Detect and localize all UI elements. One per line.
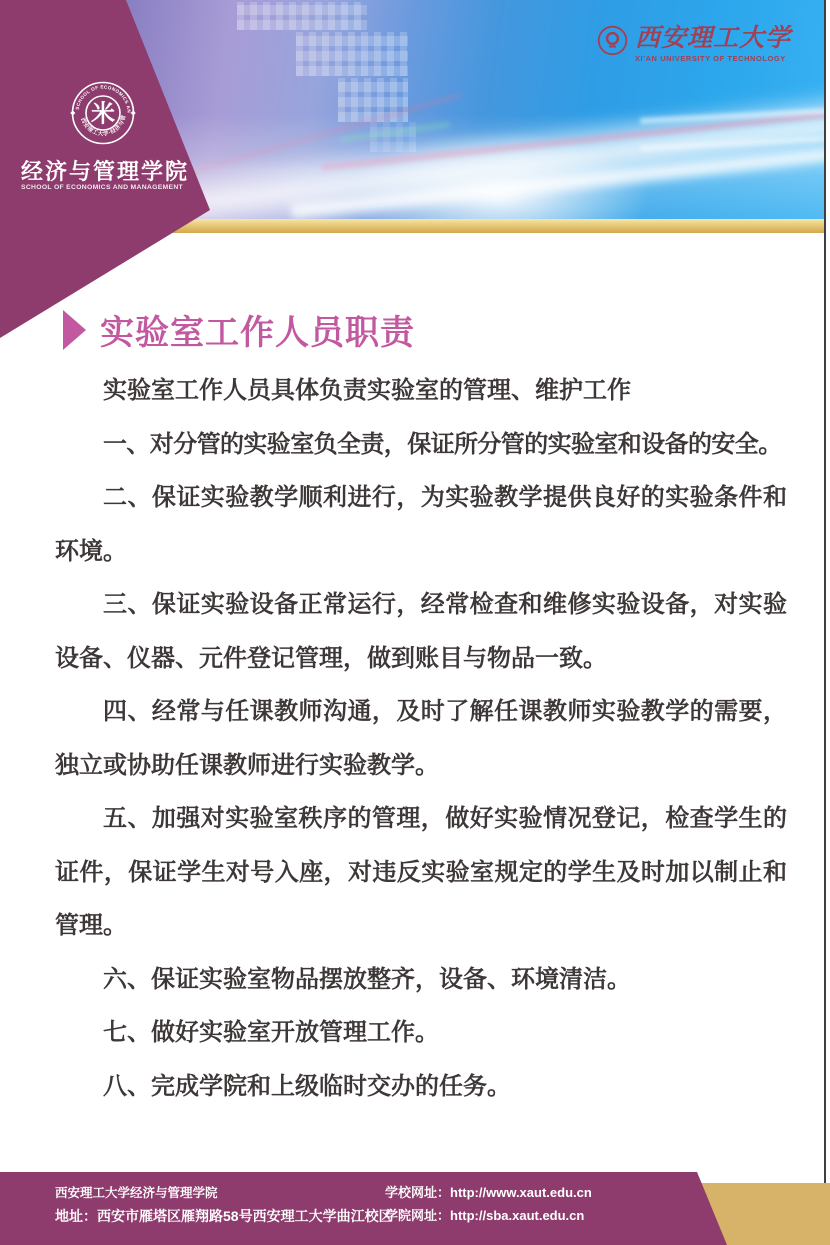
page-border-line bbox=[824, 0, 826, 1183]
light-streak bbox=[640, 108, 830, 124]
duty-item: 四、经常与任课教师沟通，及时了解任课教师实验教学的需要，独立或协助任课教师进行实… bbox=[55, 685, 787, 792]
school-badge-icon: SCHOOL OF ECONOMICS AND MANAGEMENT 西安理工大… bbox=[55, 65, 151, 161]
footer-organization: 西安理工大学经济与管理学院 bbox=[55, 1182, 385, 1204]
duty-item: 一、对分管的实验室负全责，保证所分管的实验室和设备的安全。 bbox=[55, 418, 787, 472]
footer-school-website: 学校网址：http://www.xaut.edu.cn bbox=[385, 1182, 592, 1204]
dot-matrix-pattern bbox=[296, 32, 408, 76]
university-name-en: XI'AN UNIVERSITY OF TECHNOLOGY bbox=[635, 54, 791, 63]
intro-paragraph: 实验室工作人员具体负责实验室的管理、维护工作 bbox=[55, 364, 787, 418]
university-name-cn: 西安理工大学 bbox=[635, 25, 791, 52]
duty-item: 二、保证实验教学顺利进行，为实验教学提供良好的实验条件和环境。 bbox=[55, 471, 787, 578]
badge-emblem-glyph: 米 bbox=[91, 101, 115, 128]
school-name-cn: 经济与管理学院 bbox=[21, 155, 189, 186]
footer-college-website: 学院网址：http://sba.xaut.edu.cn bbox=[385, 1204, 592, 1228]
dot-matrix-pattern bbox=[237, 2, 367, 30]
school-name-en: SCHOOL OF ECONOMICS AND MANAGEMENT bbox=[21, 184, 183, 191]
teal-light-streak bbox=[340, 120, 450, 143]
duty-item: 六、保证实验室物品摆放整齐，设备、环境清洁。 bbox=[55, 953, 787, 1007]
pink-light-streak bbox=[321, 109, 829, 172]
light-streak bbox=[640, 136, 830, 151]
light-streak bbox=[290, 141, 830, 219]
light-glow bbox=[300, 110, 700, 219]
dot-matrix-pattern bbox=[370, 122, 416, 152]
poster-page: 西安理工大学 XI'AN UNIVERSITY OF TECHNOLOGY SC… bbox=[0, 0, 830, 1245]
duty-item: 七、做好实验室开放管理工作。 bbox=[55, 1006, 787, 1060]
dot-matrix-pattern bbox=[338, 78, 408, 122]
duty-item: 八、完成学院和上级临时交办的任务。 bbox=[55, 1060, 787, 1114]
page-right-margin bbox=[826, 0, 830, 1183]
duty-item: 三、保证实验设备正常运行，经常检查和维修实验设备，对实验设备、仪器、元件登记管理… bbox=[55, 578, 787, 685]
responsibilities-text: 实验室工作人员具体负责实验室的管理、维护工作 一、对分管的实验室负全责，保证所分… bbox=[55, 364, 787, 1113]
duty-item: 五、加强对实验室秩序的管理，做好实验情况登记，检查学生的证件，保证学生对号入座，… bbox=[55, 792, 787, 953]
footer-address: 地址：西安市雁塔区雁翔路58号西安理工大学曲江校区 bbox=[55, 1204, 385, 1228]
university-logo: 西安理工大学 XI'AN UNIVERSITY OF TECHNOLOGY bbox=[597, 25, 791, 63]
university-seal-icon bbox=[597, 25, 628, 56]
